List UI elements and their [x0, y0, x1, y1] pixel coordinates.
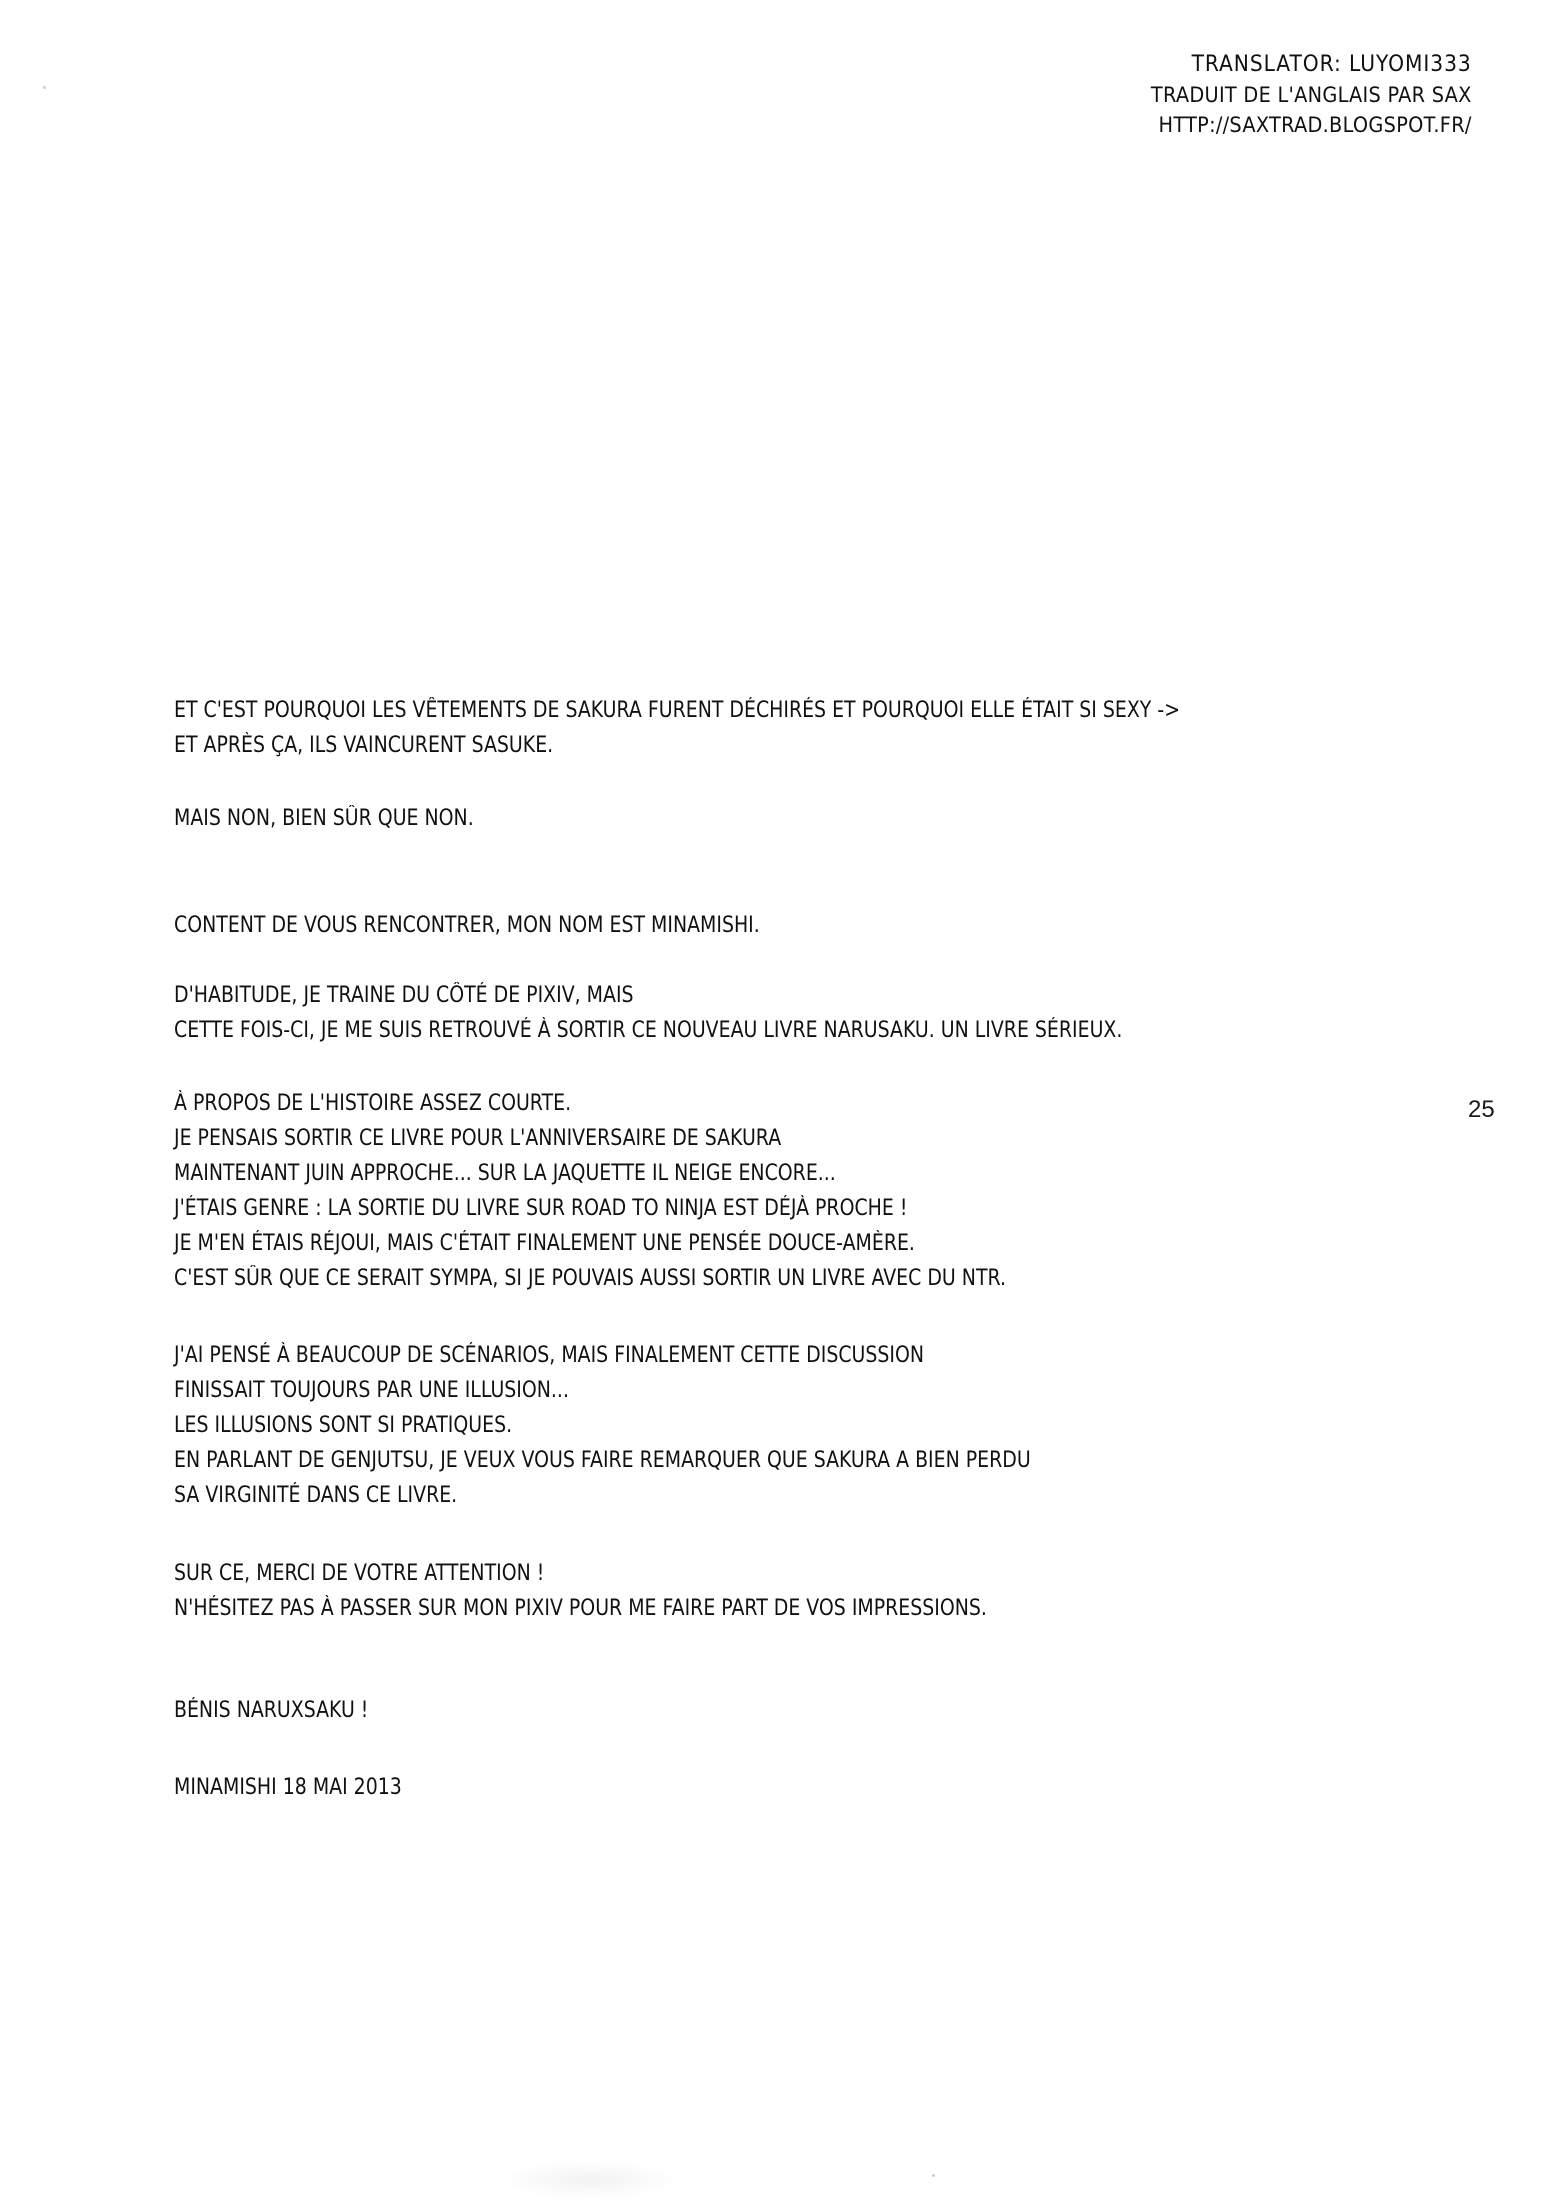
- translated-by-credit: TRADUIT DE L'ANGLAIS PAR SAX: [1151, 80, 1472, 110]
- scan-smudge: [500, 2160, 680, 2200]
- text-line: ET C'EST POURQUOI LES VÊTEMENTS DE SAKUR…: [174, 698, 1180, 724]
- text-line: D'HABITUDE, JE TRAINE DU CÔTÉ DE PIXIV, …: [174, 983, 634, 1009]
- text-line: ET APRÈS ÇA, ILS VAINCURENT SASUKE.: [174, 733, 553, 759]
- manga-afterword-page: TRANSLATOR: LUYOMI333 TRADUIT DE L'ANGLA…: [0, 0, 1545, 2200]
- text-line: SUR CE, MERCI DE VOTRE ATTENTION !: [174, 1561, 544, 1587]
- scan-speck: [932, 2174, 935, 2177]
- scan-speck: [43, 86, 46, 89]
- text-line: J'ÉTAIS GENRE : LA SORTIE DU LIVRE SUR R…: [174, 1196, 907, 1222]
- text-line: À PROPOS DE L'HISTOIRE ASSEZ COURTE.: [174, 1091, 571, 1117]
- text-line: EN PARLANT DE GENJUTSU, JE VEUX VOUS FAI…: [174, 1448, 1031, 1474]
- signature-date: MINAMISHI 18 MAI 2013: [174, 1775, 402, 1801]
- page-number: 25: [1468, 1096, 1495, 1124]
- translator-credit: TRANSLATOR: LUYOMI333: [1151, 50, 1472, 80]
- text-line: J'AI PENSÉ À BEAUCOUP DE SCÉNARIOS, MAIS…: [174, 1343, 924, 1369]
- text-line: MAIS NON, BIEN SÛR QUE NON.: [174, 806, 474, 832]
- text-line: MAINTENANT JUIN APPROCHE... SUR LA JAQUE…: [174, 1161, 836, 1187]
- translator-url: HTTP://SAXTRAD.BLOGSPOT.FR/: [1151, 110, 1472, 140]
- text-line: JE M'EN ÉTAIS RÉJOUI, MAIS C'ÉTAIT FINAL…: [174, 1231, 915, 1257]
- text-line: CONTENT DE VOUS RENCONTRER, MON NOM EST …: [174, 913, 760, 939]
- text-line: N'HÉSITEZ PAS À PASSER SUR MON PIXIV POU…: [174, 1596, 987, 1622]
- text-line: LES ILLUSIONS SONT SI PRATIQUES.: [174, 1413, 512, 1439]
- text-line: SA VIRGINITÉ DANS CE LIVRE.: [174, 1483, 457, 1509]
- text-line: JE PENSAIS SORTIR CE LIVRE POUR L'ANNIVE…: [174, 1126, 781, 1152]
- text-line: FINISSAIT TOUJOURS PAR UNE ILLUSION...: [174, 1378, 569, 1404]
- text-line: C'EST SÛR QUE CE SERAIT SYMPA, SI JE POU…: [174, 1266, 1006, 1292]
- text-line: CETTE FOIS-CI, JE ME SUIS RETROUVÉ À SOR…: [174, 1018, 1122, 1044]
- translation-credits: TRANSLATOR: LUYOMI333 TRADUIT DE L'ANGLA…: [1151, 50, 1472, 140]
- closing-line: BÉNIS NARUXSAKU !: [174, 1698, 368, 1724]
